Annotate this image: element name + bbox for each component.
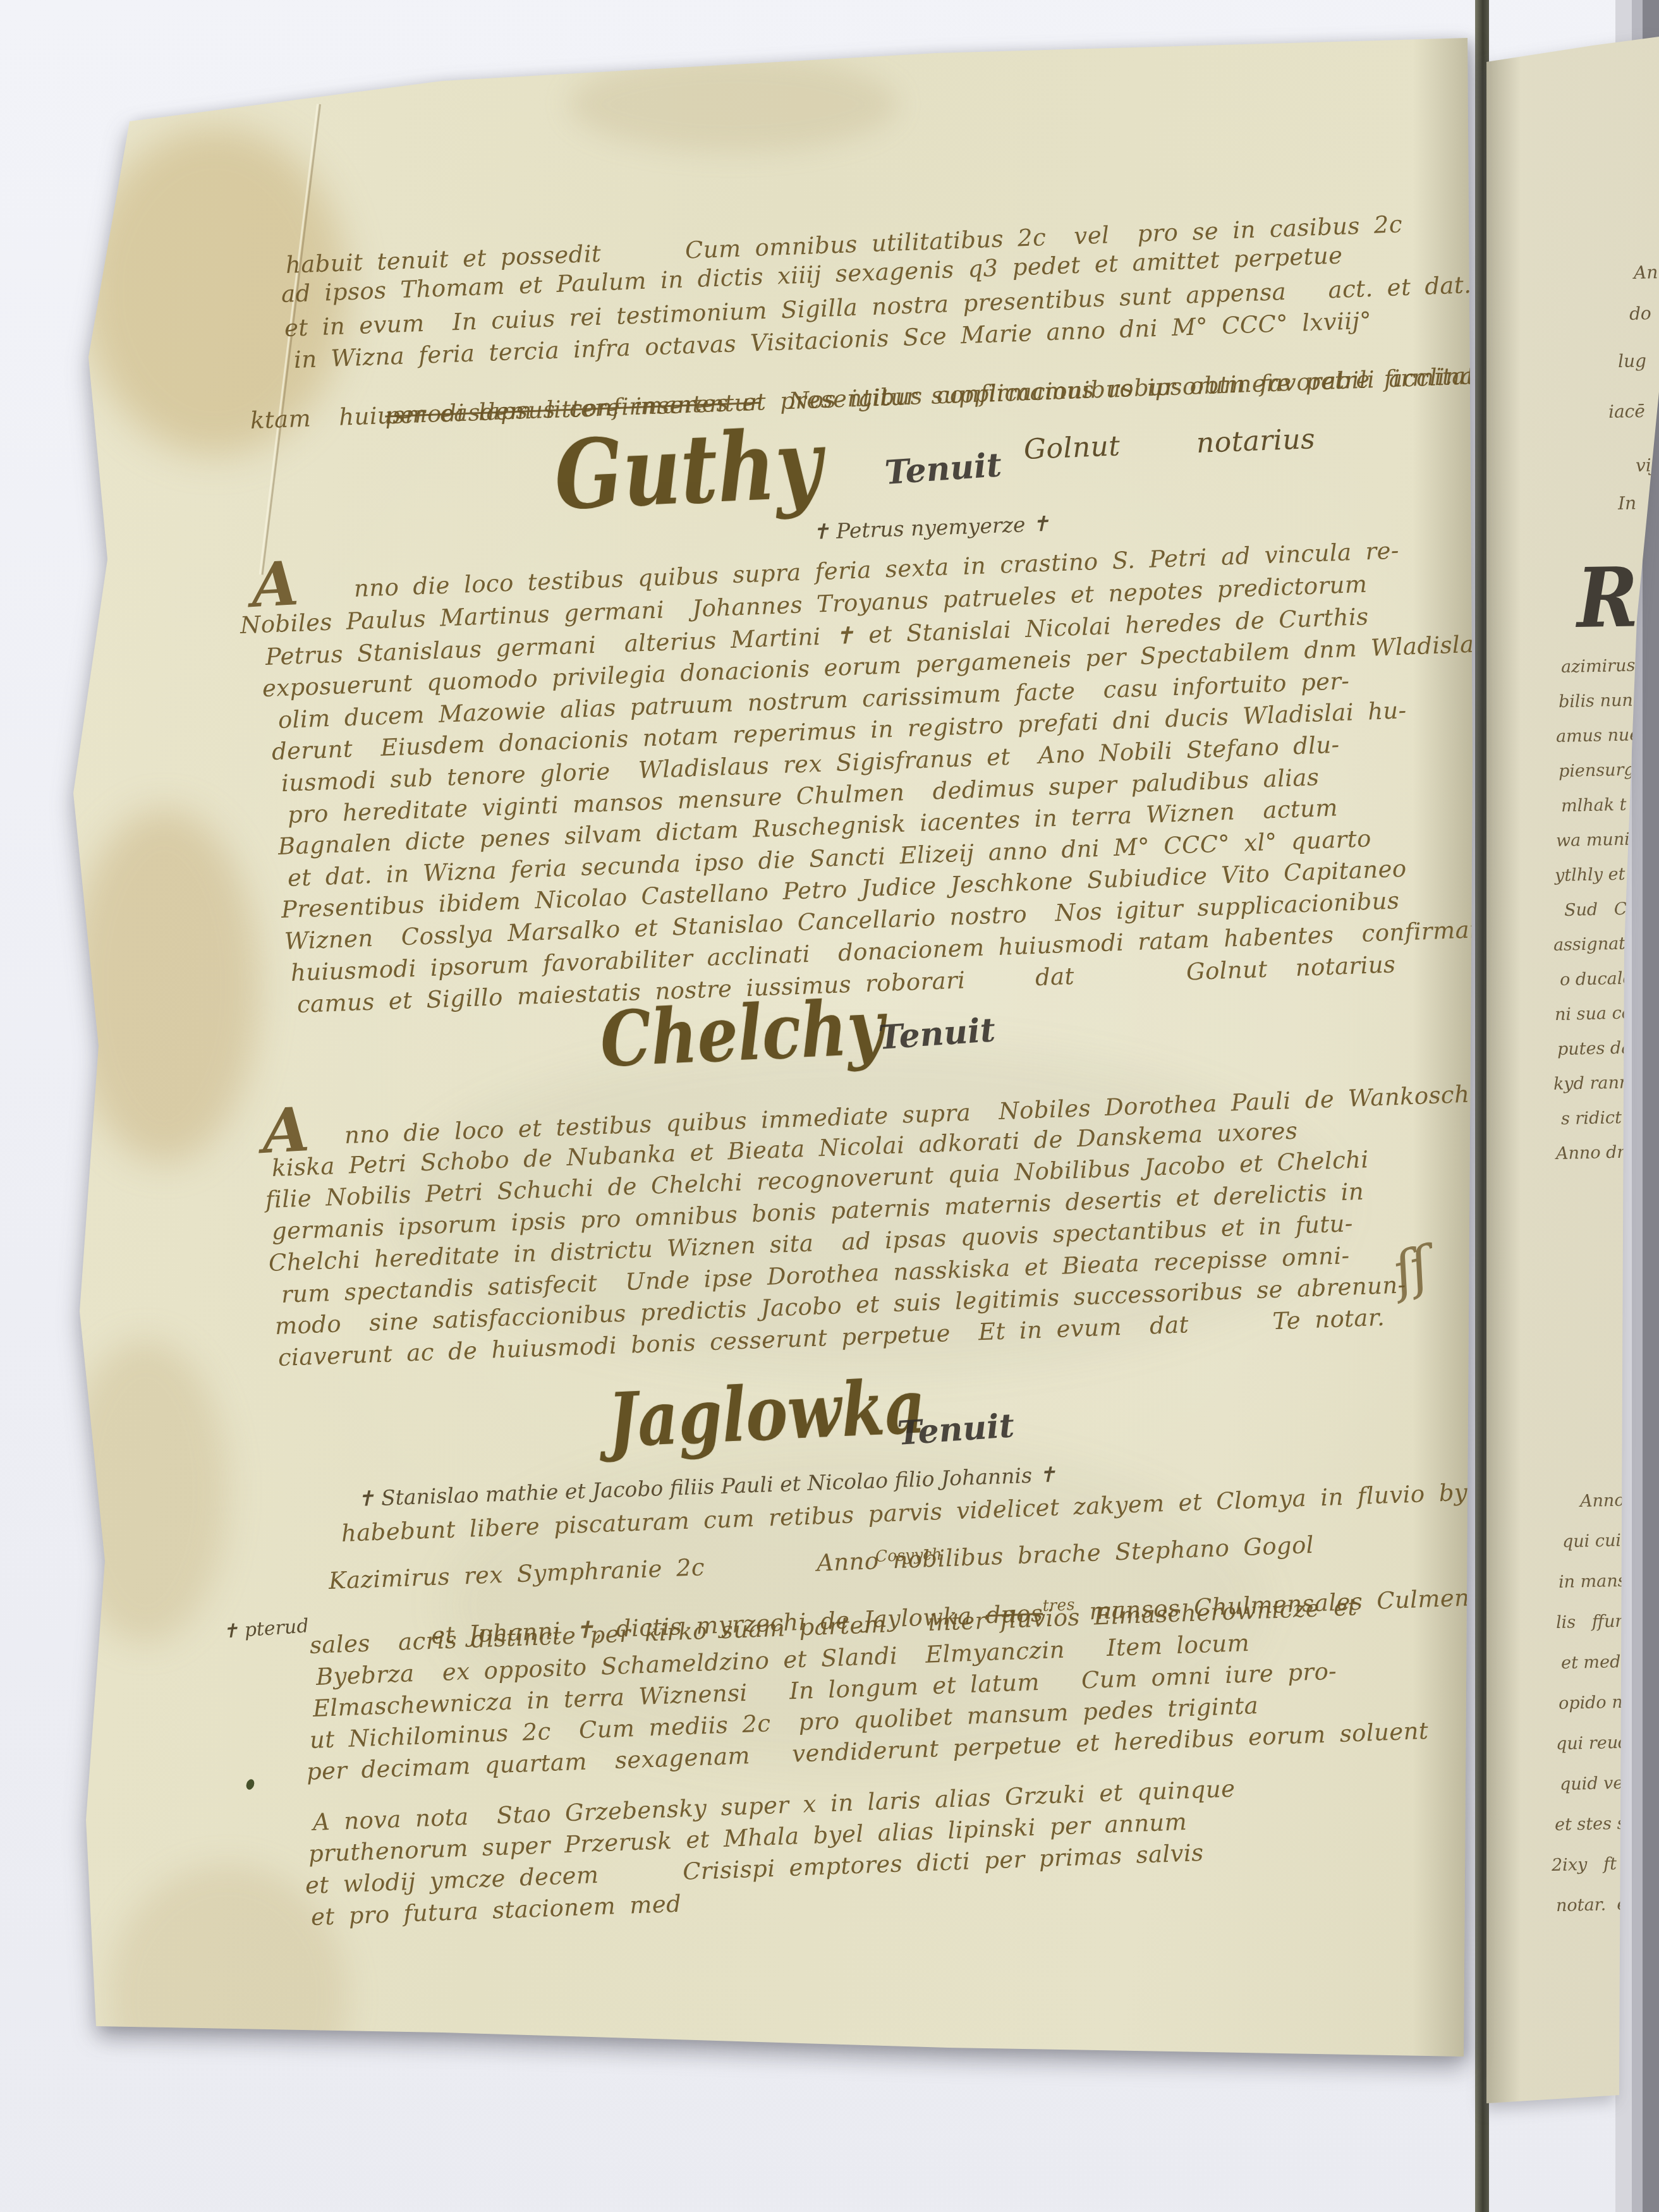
section-heading-guthy: Guthy <box>552 408 824 532</box>
margin-note: ✝ pterud <box>222 1615 310 1643</box>
main-folio-wrap: habuit tenuit et possedit Cum omnibus ut… <box>0 0 1659 2212</box>
parchment-stain <box>70 809 259 1163</box>
dedication-line: ✝ Petrus nyemyerze ✝ <box>811 511 1050 544</box>
main-folio-page: habuit tenuit et possedit Cum omnibus ut… <box>0 0 1659 2212</box>
parchment-stain <box>63 1340 228 1643</box>
manuscript-scan: An do lug iacē vij In Ra azimirus bilis … <box>0 0 1659 2212</box>
section-heading-chelchy: Chelchy <box>599 983 886 1085</box>
heading-note: Tenuit <box>884 446 1003 492</box>
parchment-stain <box>569 57 897 152</box>
heading-note: Tenuit <box>877 1011 997 1057</box>
section-heading-jaglowka: Jaglowka <box>606 1362 927 1464</box>
heading-note: Tenuit <box>896 1406 1016 1453</box>
ink-speck <box>245 1778 255 1790</box>
